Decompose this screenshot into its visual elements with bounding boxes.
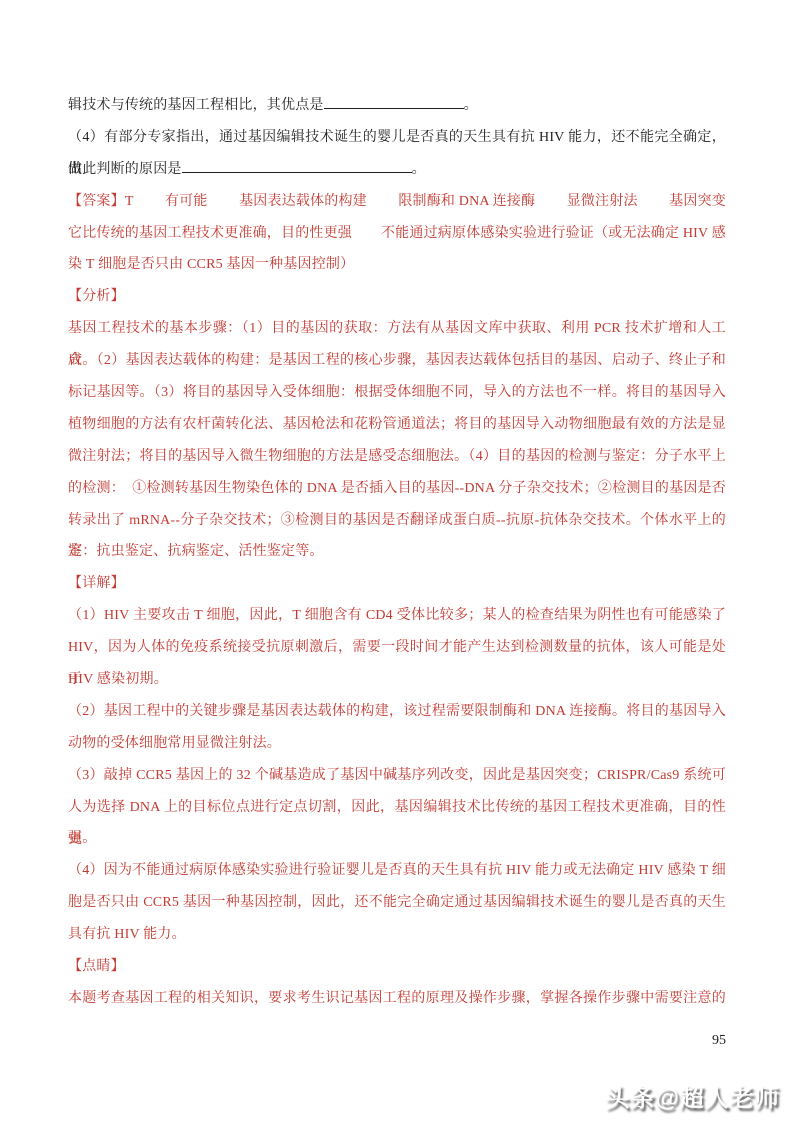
detail-line: 动物的受体细胞常用显微注射法。 [68, 728, 726, 760]
detail-line: 强。 [68, 823, 726, 855]
answer-line: 【答案】T 有可能 基因表达载体的构建 限制酶和 DNA 连接酶 显微注射法 基… [68, 186, 726, 218]
question-text: 辑技术与传统的基因工程相比，其优点是 [68, 98, 324, 113]
answer-first-item: 【答案】T [68, 186, 134, 218]
detail-line: （1）HIV 主要攻击 T 细胞，因此，T 细胞含有 CD4 受体比较多；某人的… [68, 600, 726, 632]
detail-header: 【详解】 [68, 568, 726, 600]
answer-line-3: 染 T 细胞是否只由 CCR5 基因一种基因控制） [68, 249, 726, 281]
fill-in-blank-line [324, 94, 464, 109]
answer-item: 它比传统的基因工程技术更准确，目的性更强 [68, 218, 352, 250]
analysis-line: 的检测： ①检测转基因生物染色体的 DNA 是否插入目的基因--DNA 分子杂交… [68, 473, 726, 505]
answer-item: 限制酶和 DNA 连接酶 [398, 186, 535, 218]
analysis-line: 转录出了 mRNA--分子杂交技术；③检测目的基因是否翻译成蛋白质--抗原-抗体… [68, 505, 726, 537]
answer-label: 【答案】 [68, 194, 125, 209]
detail-line: （4）因为不能通过病原体感染实验进行验证婴儿是否真的天生具有抗 HIV 能力或无… [68, 855, 726, 887]
question-part4-line2: 出此判断的原因是。 [68, 154, 726, 186]
detail-line: （2）基因工程中的关键步骤是基因表达载体的构建，该过程需要限制酶和 DNA 连接… [68, 696, 726, 728]
watermark: 头条@超人老师 [606, 1078, 780, 1113]
answer-item: 基因表达载体的构建 [239, 186, 367, 218]
analysis-line: 成。（2）基因表达载体的构建：是基因工程的核心步骤，基因表达载体包括目的基因、启… [68, 345, 726, 377]
detail-line: HIV，因为人体的免疫系统接受抗原刺激后，需要一段时间才能产生达到检测数量的抗体… [68, 632, 726, 664]
analysis-line: 微注射法；将目的基因导入微生物细胞的方法是感受态细胞法。（4）目的基因的检测与鉴… [68, 441, 726, 473]
answer-item: 不能通过病原体感染实验进行验证（或无法确定 HIV 感 [381, 218, 726, 250]
question-period: 。 [412, 162, 426, 177]
document-content: 辑技术与传统的基因工程相比，其优点是。 （4）有部分专家指出，通过基因编辑技术诞… [68, 90, 726, 1015]
fill-in-blank-line [182, 158, 412, 173]
analysis-line: 植物细胞的方法有农杆菌转化法、基因枪法和花粉管通道法；将目的基因导入动物细胞最有… [68, 409, 726, 441]
analysis-line: 定：抗虫鉴定、抗病鉴定、活性鉴定等。 [68, 536, 726, 568]
detail-line: 具有抗 HIV 能力。 [68, 919, 726, 951]
answer-item: 有可能 [165, 186, 208, 218]
analysis-header: 【分析】 [68, 281, 726, 313]
question-continuation-line: 辑技术与传统的基因工程相比，其优点是。 [68, 90, 726, 122]
analysis-line: 标记基因等。（3）将目的基因导入受体细胞：根据受体细胞不同，导入的方法也不一样。… [68, 377, 726, 409]
page-number: 95 [712, 1030, 726, 1052]
question-period: 。 [464, 98, 478, 113]
answer-item: 显微注射法 [567, 186, 638, 218]
answer-item: T [125, 194, 134, 209]
detail-line: HIV 感染初期。 [68, 664, 726, 696]
answer-line-2: 它比传统的基因工程技术更准确，目的性更强 不能通过病原体感染实验进行验证（或无法… [68, 218, 726, 250]
analysis-line: 基因工程技术的基本步骤：（1）目的基因的获取：方法有从基因文库中获取、利用 PC… [68, 313, 726, 345]
question-text: 出此判断的原因是 [68, 162, 182, 177]
detail-line: 人为选择 DNA 上的目标位点进行定点切割，因此，基因编辑技术比传统的基因工程技… [68, 792, 726, 824]
detail-line: 胞是否只由 CCR5 基因一种基因控制，因此，还不能完全确定通过基因编辑技术诞生… [68, 887, 726, 919]
question-part4-line: （4）有部分专家指出，通过基因编辑技术诞生的婴儿是否真的天生具有抗 HIV 能力… [68, 122, 726, 154]
tips-header: 【点睛】 [68, 951, 726, 983]
answer-item: 基因突变 [669, 186, 726, 218]
tips-line: 本题考查基因工程的相关知识，要求考生识记基因工程的原理及操作步骤，掌握各操作步骤… [68, 983, 726, 1015]
detail-line: （3）敲掉 CCR5 基因上的 32 个碱基造成了基因中碱基序列改变，因此是基因… [68, 760, 726, 792]
